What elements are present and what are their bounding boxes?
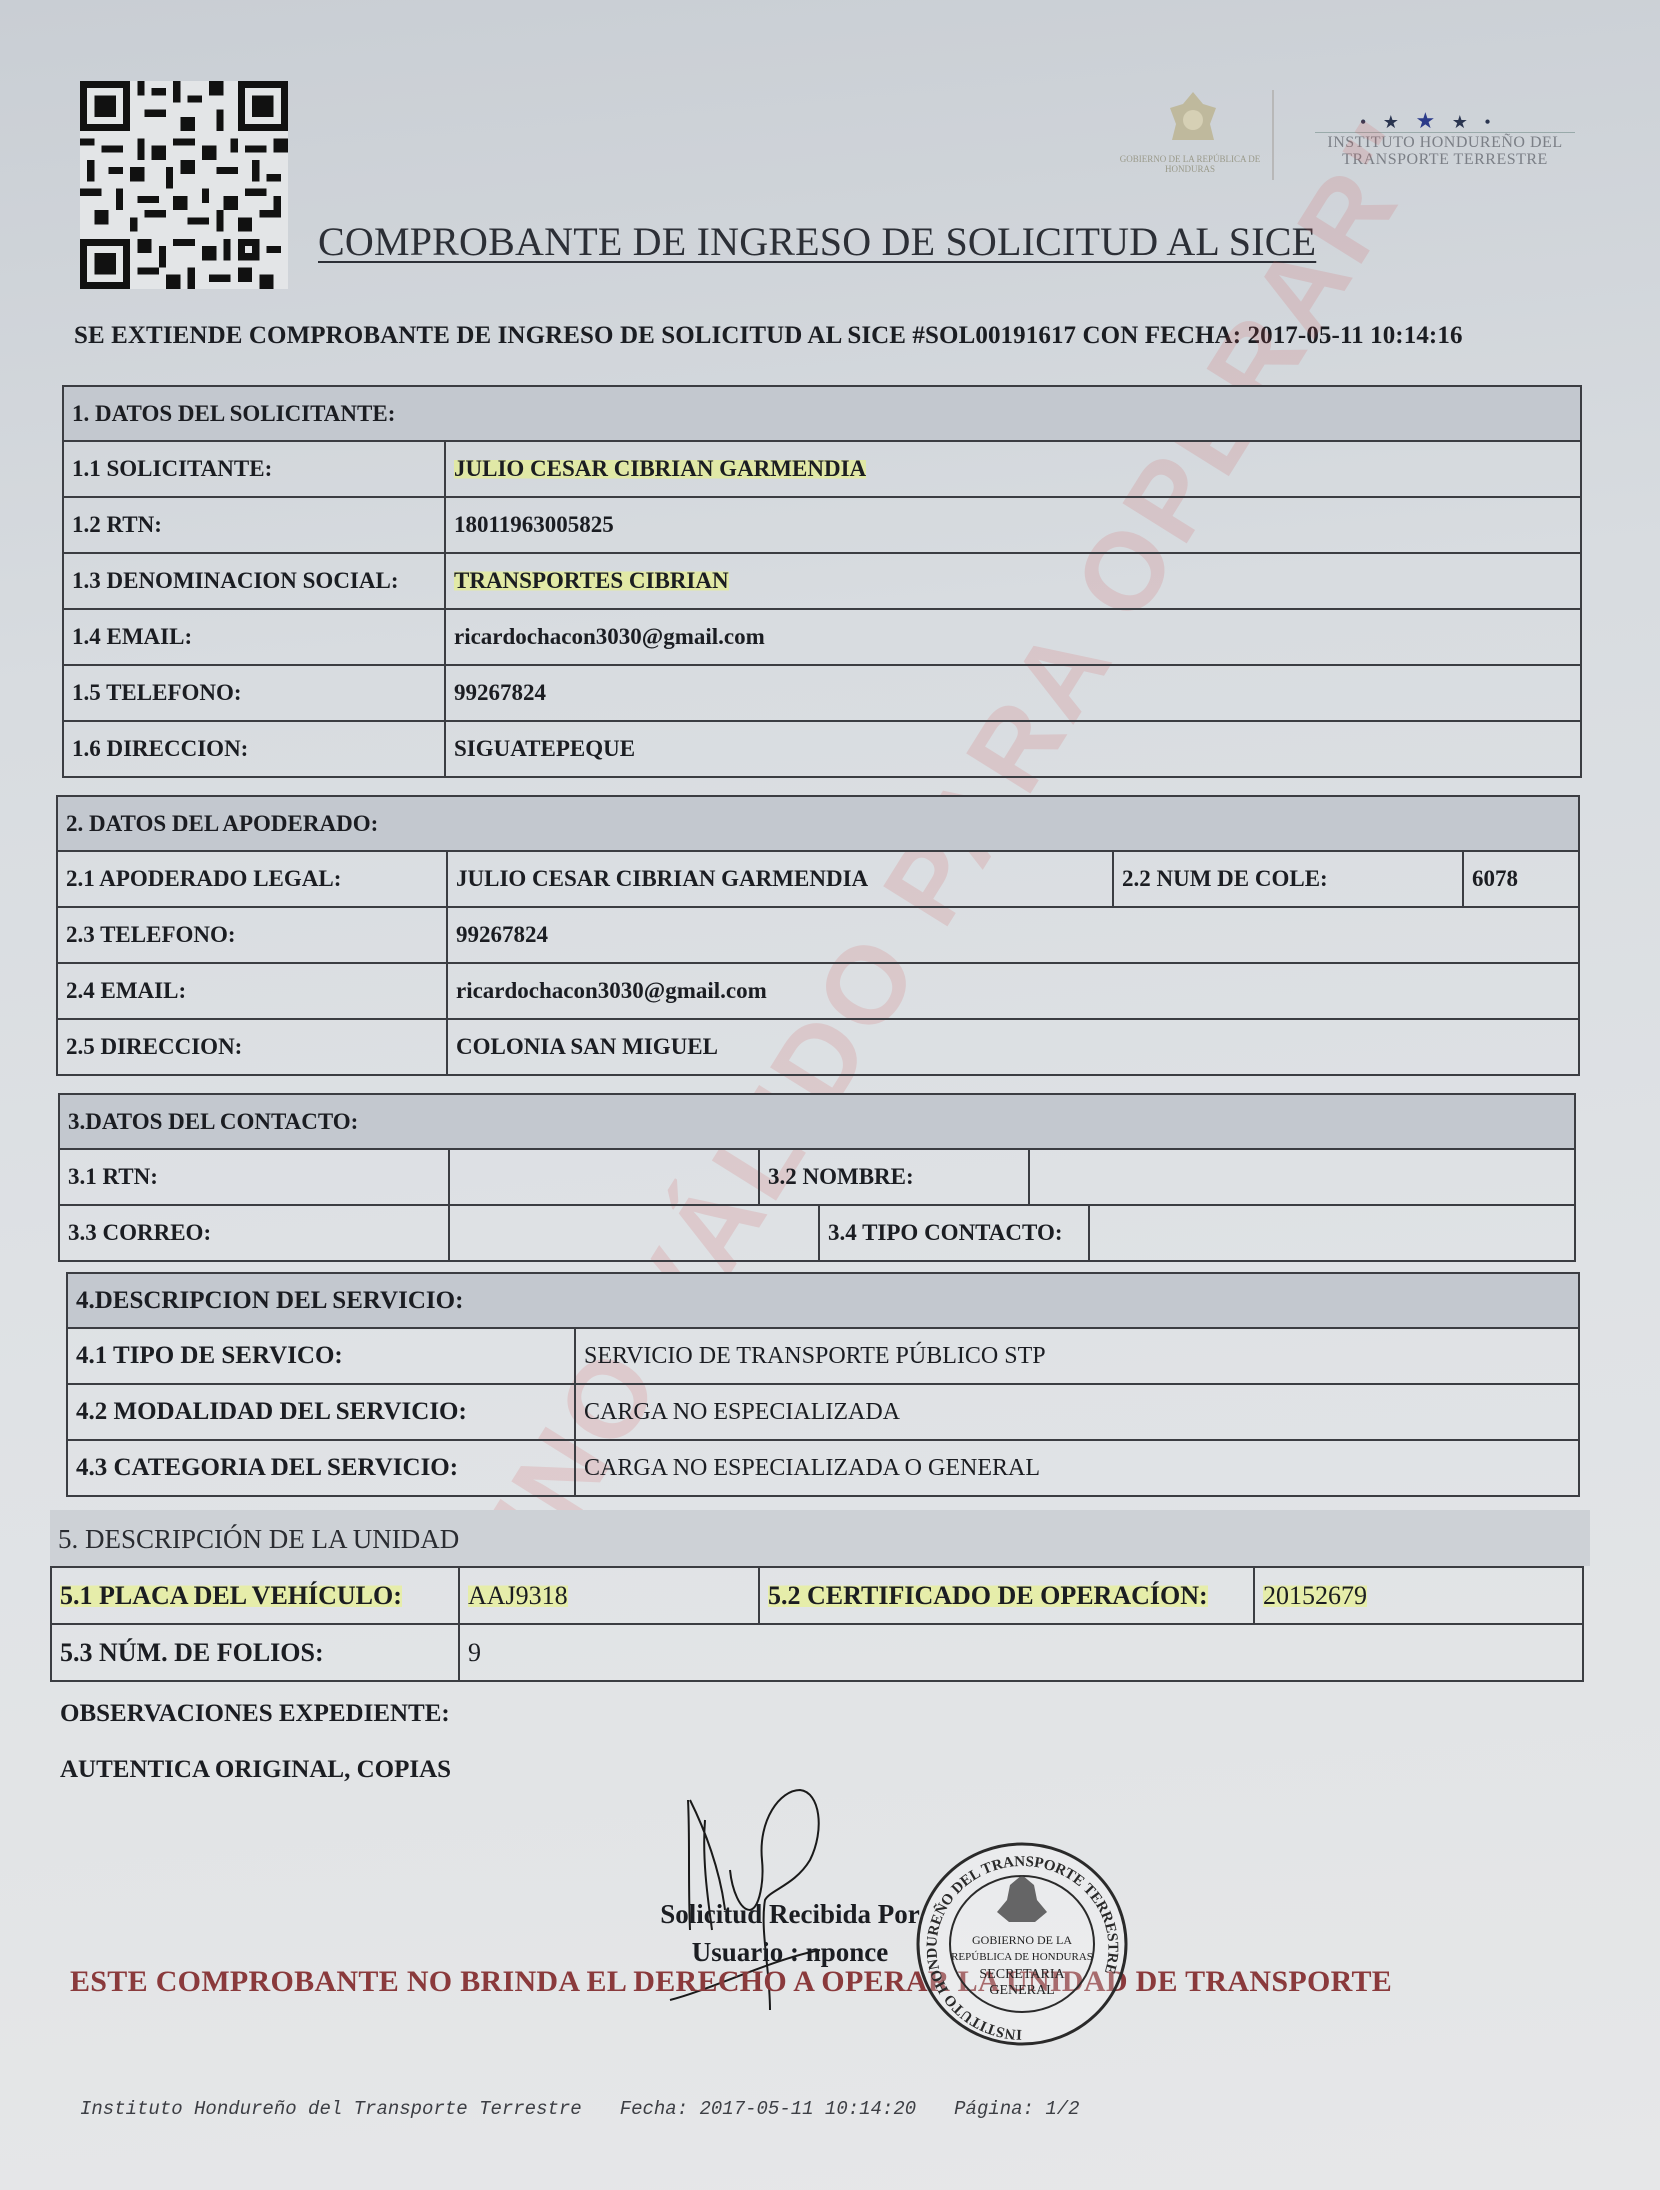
table-row: 2.1 APODERADO LEGAL: JULIO CESAR CIBRIAN… bbox=[57, 851, 1579, 907]
field-value bbox=[449, 1149, 759, 1205]
field-value: ricardochacon3030@gmail.com bbox=[447, 963, 1579, 1019]
table-row: 1.1 SOLICITANTE: JULIO CESAR CIBRIAN GAR… bbox=[63, 441, 1581, 497]
section-header: 3.DATOS DEL CONTACTO: bbox=[59, 1094, 1575, 1149]
field-label: 3.4 TIPO CONTACTO: bbox=[819, 1205, 1089, 1261]
table-row: 2.5 DIRECCION: COLONIA SAN MIGUEL bbox=[57, 1019, 1579, 1075]
coat-of-arms-icon bbox=[1158, 90, 1228, 150]
table-row: 5.3 NÚM. DE FOLIOS: 9 bbox=[51, 1624, 1583, 1681]
field-value bbox=[449, 1205, 819, 1261]
field-value: 99267824 bbox=[447, 907, 1579, 963]
field-value: CARGA NO ESPECIALIZADA bbox=[575, 1384, 1579, 1440]
field-label: 3.2 NOMBRE: bbox=[759, 1149, 1029, 1205]
highlighted-label: 5.2 CERTIFICADO DE OPERACÍON: bbox=[768, 1581, 1208, 1610]
document-title: COMPROBANTE DE INGRESO DE SOLICITUD AL S… bbox=[318, 218, 1316, 265]
section-contacto: 3.DATOS DEL CONTACTO: 3.1 RTN: 3.2 NOMBR… bbox=[58, 1093, 1576, 1262]
stars-underline bbox=[1315, 132, 1575, 133]
highlighted-value: 20152679 bbox=[1263, 1581, 1367, 1610]
svg-text:SECRETARIA: SECRETARIA bbox=[979, 1967, 1065, 1982]
highlighted-value: JULIO CESAR CIBRIAN GARMENDIA bbox=[454, 456, 866, 481]
institute-name-line2: TRANSPORTE TERRESTRE bbox=[1285, 151, 1605, 168]
field-value bbox=[1089, 1205, 1575, 1261]
field-label: 4.3 CATEGORIA DEL SERVICIO: bbox=[67, 1440, 575, 1496]
table-row: 1.3 DENOMINACION SOCIAL: TRANSPORTES CIB… bbox=[63, 553, 1581, 609]
logo-divider bbox=[1272, 90, 1274, 180]
field-value: CARGA NO ESPECIALIZADA O GENERAL bbox=[575, 1440, 1579, 1496]
svg-text:REPÚBLICA DE HONDURAS: REPÚBLICA DE HONDURAS bbox=[951, 1951, 1093, 1963]
svg-text:GOBIERNO DE LA: GOBIERNO DE LA bbox=[972, 1933, 1072, 1947]
field-value bbox=[1029, 1149, 1575, 1205]
svg-text:GENERAL: GENERAL bbox=[989, 1983, 1054, 1998]
field-value: SIGUATEPEQUE bbox=[445, 721, 1581, 777]
qr-code-icon bbox=[80, 80, 288, 290]
field-label: 2.1 APODERADO LEGAL: bbox=[57, 851, 447, 907]
field-value: 20152679 bbox=[1254, 1567, 1583, 1624]
institute-name: INSTITUTO HONDUREÑO DEL TRANSPORTE TERRE… bbox=[1285, 134, 1605, 168]
footer-date: Fecha: 2017-05-11 10:14:20 bbox=[620, 2098, 916, 2120]
field-value: JULIO CESAR CIBRIAN GARMENDIA bbox=[447, 851, 1113, 907]
field-value: JULIO CESAR CIBRIAN GARMENDIA bbox=[445, 441, 1581, 497]
footer-institute: Instituto Hondureño del Transporte Terre… bbox=[80, 2098, 582, 2120]
table-row: 1.2 RTN: 18011963005825 bbox=[63, 497, 1581, 553]
field-label: 1.4 EMAIL: bbox=[63, 609, 445, 665]
section-header: 1. DATOS DEL SOLICITANTE: bbox=[63, 386, 1581, 441]
field-value: AAJ9318 bbox=[459, 1567, 759, 1624]
field-value: 6078 bbox=[1463, 851, 1579, 907]
table-row: 5.1 PLACA DEL VEHÍCULO: AAJ9318 5.2 CERT… bbox=[51, 1567, 1583, 1624]
footer-page: Página: 1/2 bbox=[954, 2098, 1079, 2120]
observations-title: OBSERVACIONES EXPEDIENTE: bbox=[60, 1700, 450, 1728]
table-row: 3.3 CORREO: 3.4 TIPO CONTACTO: bbox=[59, 1205, 1575, 1261]
field-value: 18011963005825 bbox=[445, 497, 1581, 553]
section-header-unidad: 5. DESCRIPCIÓN DE LA UNIDAD bbox=[50, 1510, 1590, 1566]
field-value: 9 bbox=[459, 1624, 1583, 1681]
observations-value: AUTENTICA ORIGINAL, COPIAS bbox=[60, 1756, 451, 1784]
coat-caption: GOBIERNO DE LA REPÚBLICA DE HONDURAS bbox=[1110, 154, 1270, 174]
field-value: ricardochacon3030@gmail.com bbox=[445, 609, 1581, 665]
table-row: 2.4 EMAIL: ricardochacon3030@gmail.com bbox=[57, 963, 1579, 1019]
section-solicitante: 1. DATOS DEL SOLICITANTE: 1.1 SOLICITANT… bbox=[62, 385, 1582, 778]
field-label: 5.1 PLACA DEL VEHÍCULO: bbox=[51, 1567, 459, 1624]
table-row: 1.6 DIRECCION: SIGUATEPEQUE bbox=[63, 721, 1581, 777]
document-page: GOBIERNO DE LA REPÚBLICA DE HONDURAS • ★… bbox=[0, 0, 1660, 2190]
highlighted-value: AAJ9318 bbox=[468, 1581, 568, 1610]
field-label: 4.1 TIPO DE SERVICO: bbox=[67, 1328, 575, 1384]
field-label: 1.5 TELEFONO: bbox=[63, 665, 445, 721]
section-unidad: 5.1 PLACA DEL VEHÍCULO: AAJ9318 5.2 CERT… bbox=[50, 1566, 1584, 1682]
field-value: COLONIA SAN MIGUEL bbox=[447, 1019, 1579, 1075]
field-label: 2.3 TELEFONO: bbox=[57, 907, 447, 963]
table-row: 1.4 EMAIL: ricardochacon3030@gmail.com bbox=[63, 609, 1581, 665]
highlighted-label: 5.1 PLACA DEL VEHÍCULO: bbox=[60, 1581, 402, 1610]
table-row: 2.3 TELEFONO: 99267824 bbox=[57, 907, 1579, 963]
section-header: 2. DATOS DEL APODERADO: bbox=[57, 796, 1579, 851]
field-label: 2.4 EMAIL: bbox=[57, 963, 447, 1019]
section-header: 4.DESCRIPCION DEL SERVICIO: bbox=[67, 1273, 1579, 1328]
field-label: 1.3 DENOMINACION SOCIAL: bbox=[63, 553, 445, 609]
table-row: 3.1 RTN: 3.2 NOMBRE: bbox=[59, 1149, 1575, 1205]
page-footer: Instituto Hondureño del Transporte Terre… bbox=[80, 2098, 1118, 2120]
field-value: SERVICIO DE TRANSPORTE PÚBLICO STP bbox=[575, 1328, 1579, 1384]
field-label: 4.2 MODALIDAD DEL SERVICIO: bbox=[67, 1384, 575, 1440]
table-row: 1.5 TELEFONO: 99267824 bbox=[63, 665, 1581, 721]
field-label: 5.3 NÚM. DE FOLIOS: bbox=[51, 1624, 459, 1681]
field-label: 1.2 RTN: bbox=[63, 497, 445, 553]
section-servicio: 4.DESCRIPCION DEL SERVICIO: 4.1 TIPO DE … bbox=[66, 1272, 1580, 1497]
table-row: 4.1 TIPO DE SERVICO: SERVICIO DE TRANSPO… bbox=[67, 1328, 1579, 1384]
field-value: 99267824 bbox=[445, 665, 1581, 721]
field-label: 5.2 CERTIFICADO DE OPERACÍON: bbox=[759, 1567, 1254, 1624]
field-label: 3.3 CORREO: bbox=[59, 1205, 449, 1261]
field-label: 1.1 SOLICITANTE: bbox=[63, 441, 445, 497]
field-label: 2.2 NUM DE COLE: bbox=[1113, 851, 1463, 907]
field-value: TRANSPORTES CIBRIAN bbox=[445, 553, 1581, 609]
table-row: 4.3 CATEGORIA DEL SERVICIO: CARGA NO ESP… bbox=[67, 1440, 1579, 1496]
section-apoderado: 2. DATOS DEL APODERADO: 2.1 APODERADO LE… bbox=[56, 795, 1580, 1076]
field-label: 1.6 DIRECCION: bbox=[63, 721, 445, 777]
institute-name-line1: INSTITUTO HONDUREÑO DEL bbox=[1285, 134, 1605, 151]
highlighted-value: TRANSPORTES CIBRIAN bbox=[454, 568, 729, 593]
field-label: 3.1 RTN: bbox=[59, 1149, 449, 1205]
stars-icon: • ★ ★ ★ • bbox=[1360, 108, 1497, 134]
warning-notice: ESTE COMPROBANTE NO BRINDA EL DERECHO A … bbox=[70, 1965, 1392, 1999]
field-label: 2.5 DIRECCION: bbox=[57, 1019, 447, 1075]
institute-logo: GOBIERNO DE LA REPÚBLICA DE HONDURAS • ★… bbox=[1110, 90, 1590, 190]
table-row: 4.2 MODALIDAD DEL SERVICIO: CARGA NO ESP… bbox=[67, 1384, 1579, 1440]
intro-statement: SE EXTIENDE COMPROBANTE DE INGRESO DE SO… bbox=[74, 322, 1463, 350]
official-stamp-icon: INSTITUTO HONDUREÑO DEL TRANSPORTE TERRE… bbox=[915, 1840, 1130, 2048]
